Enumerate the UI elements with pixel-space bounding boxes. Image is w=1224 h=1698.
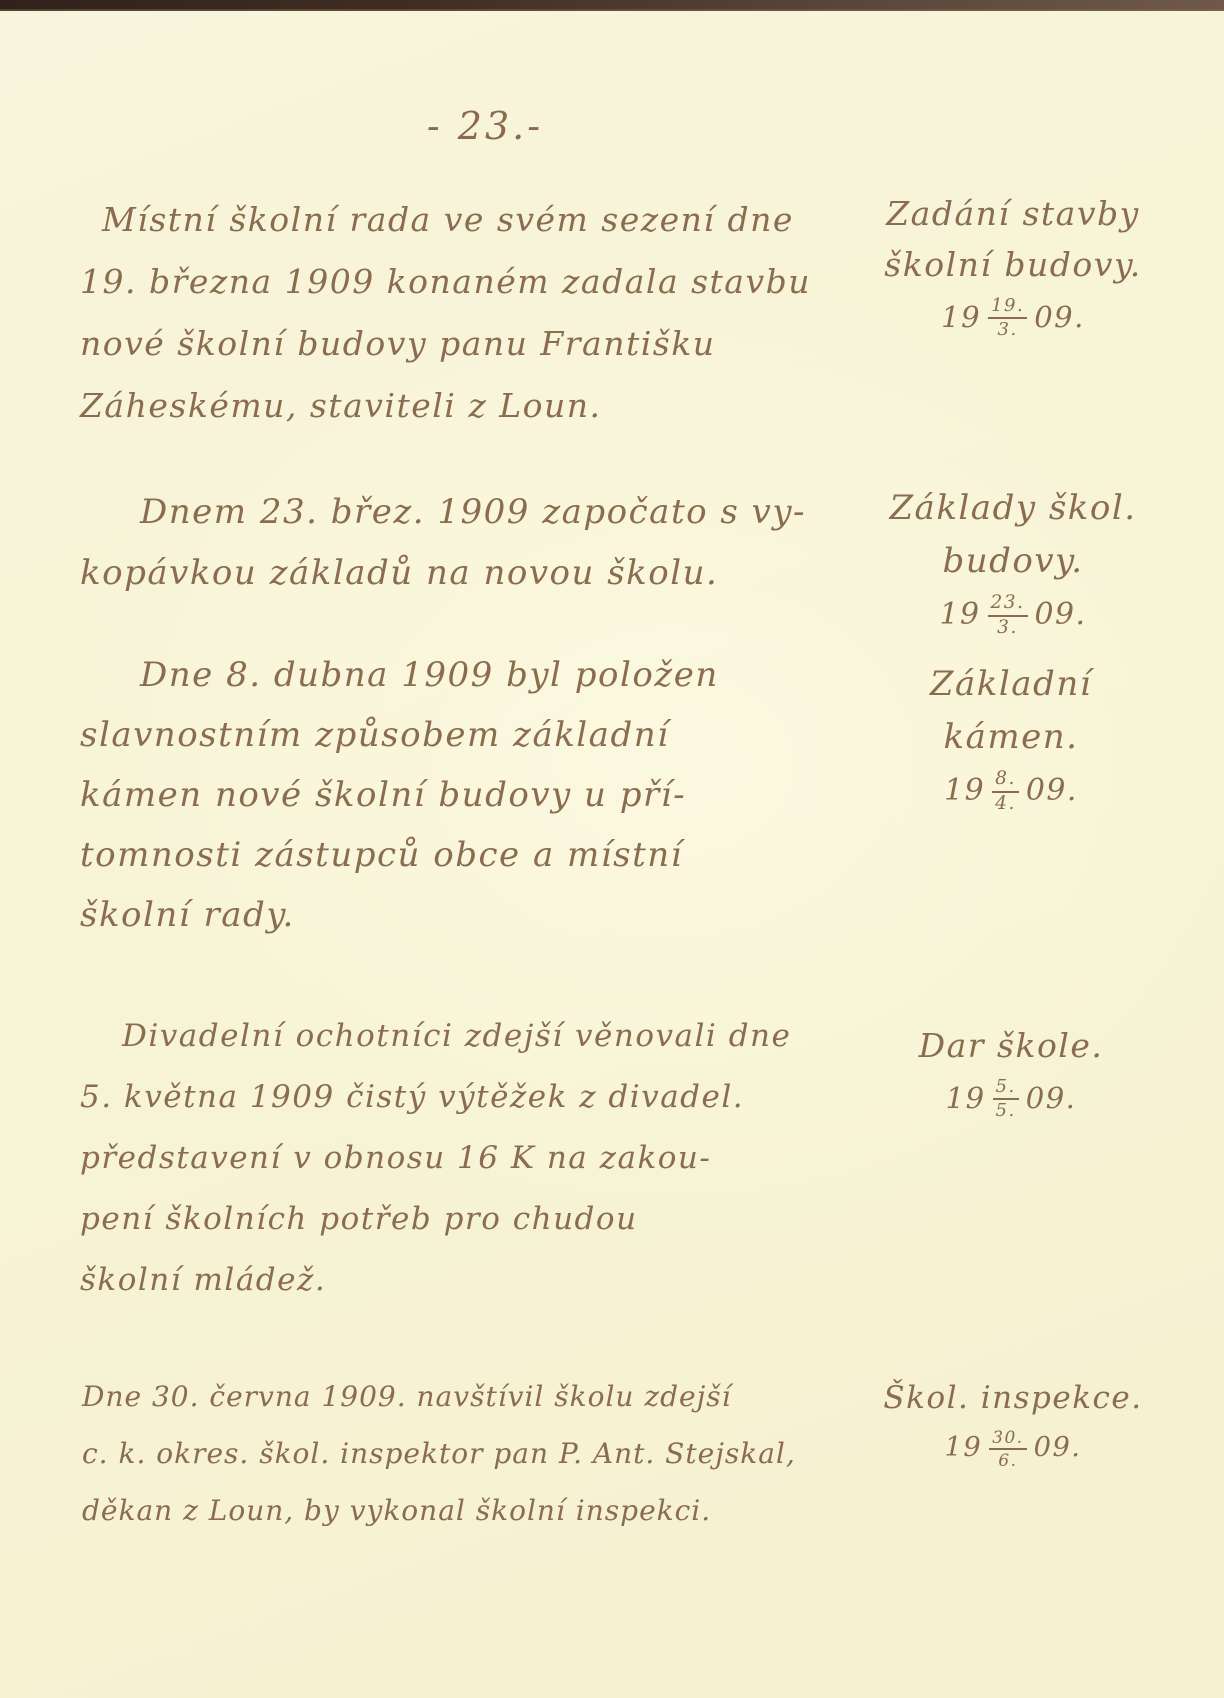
margin-date: 19 23. 3. 09. [858, 593, 1168, 636]
body-line: Záheskému, staviteli z Loun. [80, 386, 811, 448]
date-year: 09. [1034, 303, 1085, 332]
margin-date: 19 8. 4. 09. [866, 769, 1156, 812]
body-line: 5. května 1909 čistý výtěžek z divadel. [80, 1079, 791, 1140]
date-fraction: 19. 3. [988, 297, 1027, 339]
body-line: Dne 30. června 1909. navštívil školu zde… [82, 1380, 796, 1437]
date-fraction: 30. 6. [989, 1429, 1026, 1469]
margin-date: 19 5. 5. 09. [866, 1077, 1156, 1119]
margin-note-line: Zadání stavby [858, 188, 1168, 239]
body-line: kámen nové školní budovy u pří- [80, 775, 719, 835]
entry-body-4: Divadelní ochotníci zdejší věnovali dne … [80, 1018, 791, 1323]
date-day: 30. [989, 1429, 1026, 1450]
margin-date: 19 19. 3. 09. [858, 296, 1168, 338]
margin-note-3: Základní kámen. 19 8. 4. 09. [866, 658, 1156, 812]
body-line: školní mládež. [80, 1262, 791, 1323]
body-line: slavnostním způsobem základní [80, 715, 719, 775]
entry-body-5: Dne 30. června 1909. navštívil školu zde… [82, 1380, 796, 1551]
body-line: představení v obnosu 16 K na zakou- [80, 1140, 791, 1201]
body-line: Divadelní ochotníci zdejší věnovali dne [80, 1018, 791, 1079]
margin-note-5: Škol. inspekce. 19 30. 6. 09. [858, 1374, 1168, 1468]
date-fraction: 23. 3. [988, 594, 1028, 637]
date-month: 3. [997, 617, 1018, 638]
margin-note-1: Zadání stavby školní budovy. 19 19. 3. 0… [858, 188, 1168, 338]
body-line: školní rady. [80, 895, 719, 955]
date-day: 5. [993, 1078, 1019, 1100]
date-century: 19 [946, 1084, 986, 1113]
date-century: 19 [939, 600, 980, 630]
body-line: Dne 8. dubna 1909 byl položen [80, 655, 719, 715]
entry-body-3: Dne 8. dubna 1909 byl položen slavnostní… [80, 655, 719, 955]
body-line: kopávkou základů na novou školu. [80, 553, 806, 614]
body-line: Dnem 23. břez. 1909 započato s vy- [80, 492, 806, 553]
date-day: 19. [988, 297, 1027, 319]
binding-edge [0, 0, 1224, 11]
date-month: 6. [998, 1450, 1017, 1469]
body-line: pení školních potřeb pro chudou [80, 1201, 791, 1262]
page-number: - 23.- [335, 104, 635, 148]
margin-date: 19 30. 6. 09. [858, 1428, 1168, 1468]
body-line: děkan z Loun, by vykonal školní inspekci… [82, 1494, 796, 1551]
date-month: 3. [998, 319, 1018, 339]
date-year: 09. [1034, 1434, 1082, 1461]
date-day: 23. [988, 594, 1028, 617]
margin-note-4: Dar škole. 19 5. 5. 09. [866, 1020, 1156, 1119]
entry-body-1: Místní školní rada ve svém sezení dne 19… [80, 200, 811, 448]
margin-note-line: kámen. [866, 711, 1156, 764]
date-year: 09. [1026, 776, 1078, 806]
margin-note-line: Základní [866, 658, 1156, 711]
date-fraction: 8. 4. [992, 770, 1019, 813]
margin-note-line: budovy. [858, 535, 1168, 588]
date-century: 19 [945, 1434, 983, 1461]
date-year: 09. [1035, 600, 1087, 630]
margin-note-line: Škol. inspekce. [858, 1374, 1168, 1422]
date-year: 09. [1026, 1084, 1077, 1113]
margin-note-line: školní budovy. [858, 239, 1168, 290]
date-month: 4. [995, 793, 1016, 814]
margin-note-2: Základy škol. budovy. 19 23. 3. 09. [858, 482, 1168, 636]
date-day: 8. [992, 770, 1019, 793]
date-century: 19 [941, 303, 981, 332]
body-line: 19. března 1909 konaném zadala stavbu [80, 262, 811, 324]
body-line: tomnosti zástupců obce a místní [80, 835, 719, 895]
date-fraction: 5. 5. [993, 1078, 1019, 1120]
date-century: 19 [944, 776, 985, 806]
body-line: Místní školní rada ve svém sezení dne [80, 200, 811, 262]
margin-note-line: Dar škole. [866, 1020, 1156, 1071]
entry-body-2: Dnem 23. břez. 1909 započato s vy- kopáv… [80, 492, 806, 614]
margin-note-line: Základy škol. [858, 482, 1168, 535]
body-line: c. k. okres. škol. inspektor pan P. Ant.… [82, 1437, 796, 1494]
chronicle-page: { "page": { "number": "- 23.-" }, "color… [0, 0, 1224, 1698]
body-line: nové školní budovy panu Františku [80, 324, 811, 386]
date-month: 5. [996, 1100, 1016, 1120]
